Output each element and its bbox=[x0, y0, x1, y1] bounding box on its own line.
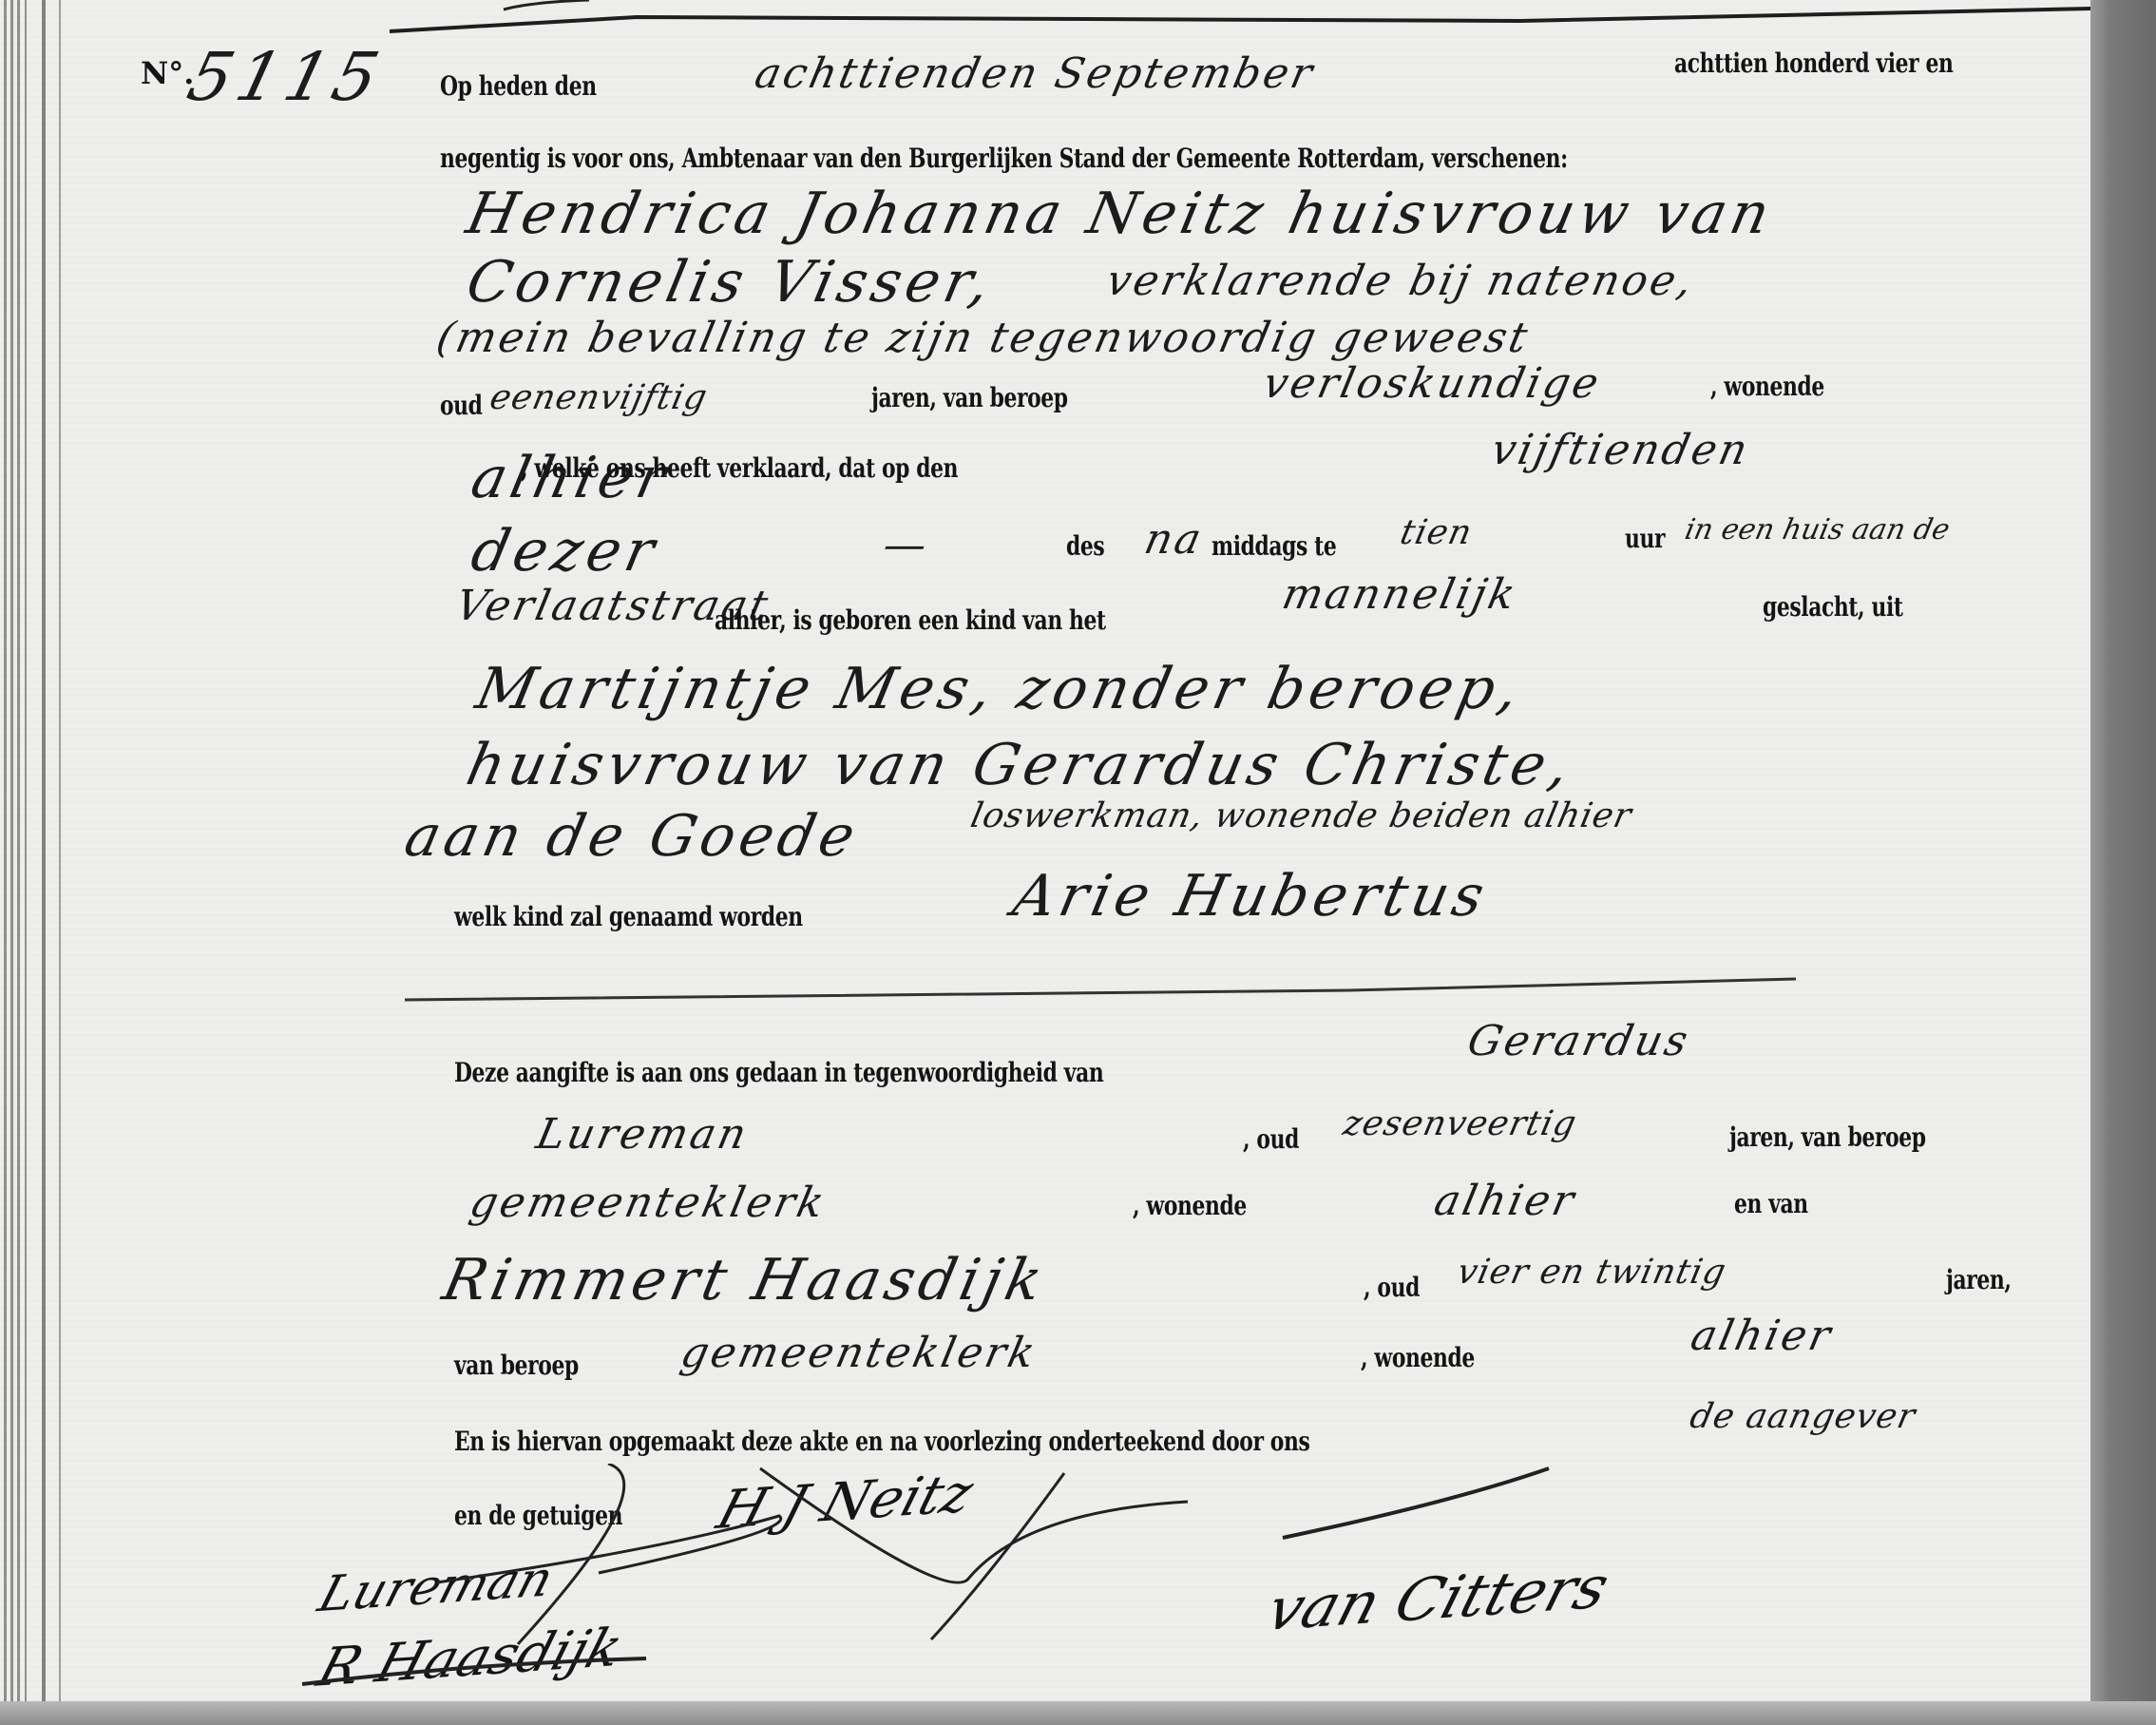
printed-text: jaren, bbox=[1946, 1264, 2012, 1295]
printed-text: , wonende bbox=[1361, 1342, 1475, 1373]
handwritten-witness-2-age: vier en twintig bbox=[1454, 1253, 1729, 1292]
printed-text: welk kind zal genaamd worden bbox=[454, 901, 803, 932]
handwritten-father: huisvrouw van Gerardus Christe, bbox=[461, 732, 1580, 798]
register-page: N°. 5115 Op heden den achttienden Septem… bbox=[0, 0, 2090, 1701]
handwritten-occupation: verloskundige bbox=[1259, 359, 1606, 408]
printed-text: , oud bbox=[1243, 1123, 1299, 1155]
binding-line bbox=[17, 0, 20, 1701]
binding-line bbox=[4, 0, 7, 1701]
binding-line bbox=[42, 0, 46, 1701]
printed-text: , wonende bbox=[1710, 371, 1824, 402]
entry-number-label: N°. bbox=[141, 55, 194, 91]
printed-text: van beroep bbox=[454, 1350, 579, 1381]
entry-number: 5115 bbox=[181, 38, 392, 116]
handwritten-date: achttienden September bbox=[751, 49, 1319, 98]
printed-text: en van bbox=[1734, 1188, 1808, 1219]
handwritten-declarant: Hendrica Johanna Neitz huisvrouw van bbox=[461, 181, 1780, 247]
handwritten-birth-day: vijftienden bbox=[1487, 426, 1754, 474]
handwritten-witness-2-residence: alhier bbox=[1687, 1312, 1838, 1360]
handwritten-birth-hour: tien bbox=[1397, 513, 1476, 552]
top-rule bbox=[190, 0, 2090, 38]
handwritten-age: eenenvijftig bbox=[487, 378, 711, 417]
handwritten-text: in een huis aan de bbox=[1682, 513, 1953, 546]
handwritten-witness-1-occupation: gemeenteklerk bbox=[466, 1179, 830, 1227]
handwritten-witness-2-name: Rimmert Haasdijk bbox=[437, 1247, 1053, 1313]
handwritten-witness-1-first: Gerardus bbox=[1463, 1017, 1694, 1065]
handwritten-witness-1-residence: alhier bbox=[1430, 1177, 1581, 1225]
printed-text: Op heden den bbox=[440, 70, 597, 102]
binding-line bbox=[59, 0, 61, 1701]
handwritten-text: aan de Goede bbox=[399, 803, 866, 870]
binding-line bbox=[10, 0, 13, 1701]
printed-text: oud bbox=[440, 390, 483, 421]
handwritten-witness-1-last: Lureman bbox=[532, 1110, 754, 1159]
handwritten-husband: Cornelis Visser, bbox=[461, 249, 1001, 316]
handwritten-witness-1-age: zesenveertig bbox=[1340, 1104, 1580, 1143]
handwritten-text: na bbox=[1140, 515, 1208, 564]
handwritten-text: dezer bbox=[466, 518, 665, 585]
printed-text: jaren, van beroep bbox=[871, 382, 1068, 413]
printed-text: Deze aangifte is aan ons gedaan in tegen… bbox=[454, 1057, 1103, 1088]
handwritten-dash: — bbox=[879, 521, 934, 569]
printed-text: des bbox=[1066, 530, 1104, 562]
printed-text: , welke ons heeft verklaard, dat op den bbox=[521, 452, 958, 484]
printed-text: achttien honderd vier en bbox=[1674, 48, 1953, 79]
handwritten-text: de aangever bbox=[1687, 1397, 1919, 1436]
signature-flourishes bbox=[285, 1464, 2090, 1711]
printed-text: middags te bbox=[1212, 530, 1336, 562]
handwritten-mother: Martijntje Mes, zonder beroep, bbox=[470, 656, 1529, 722]
section-divider bbox=[399, 969, 1824, 1007]
printed-text: geslacht, uit bbox=[1763, 591, 1903, 623]
binding-line bbox=[25, 0, 27, 1701]
printed-text: En is hiervan opgemaakt deze akte en na … bbox=[454, 1426, 1309, 1457]
printed-text: jaren, van beroep bbox=[1729, 1121, 1926, 1153]
printed-text: alhier, is geboren een kind van het bbox=[715, 604, 1106, 636]
printed-text: , wonende bbox=[1133, 1190, 1247, 1221]
printed-text: , oud bbox=[1364, 1272, 1420, 1303]
page-edge bbox=[2090, 0, 2156, 1725]
handwritten-gender: mannelijk bbox=[1278, 570, 1522, 619]
handwritten-text: (mein bevalling te zijn tegenwoordig gew… bbox=[432, 314, 1535, 362]
handwritten-text: verklarende bij natenoe, bbox=[1102, 257, 1699, 305]
printed-text: negentig is voor ons, Ambtenaar van den … bbox=[440, 143, 1568, 174]
printed-text: uur bbox=[1625, 523, 1665, 554]
page-edge bbox=[0, 1701, 2156, 1725]
handwritten-witness-2-occupation: gemeenteklerk bbox=[677, 1329, 1041, 1377]
handwritten-father-occupation: loswerkman, wonende beiden alhier bbox=[967, 796, 1635, 835]
handwritten-child-name: Arie Hubertus bbox=[1007, 863, 1495, 930]
